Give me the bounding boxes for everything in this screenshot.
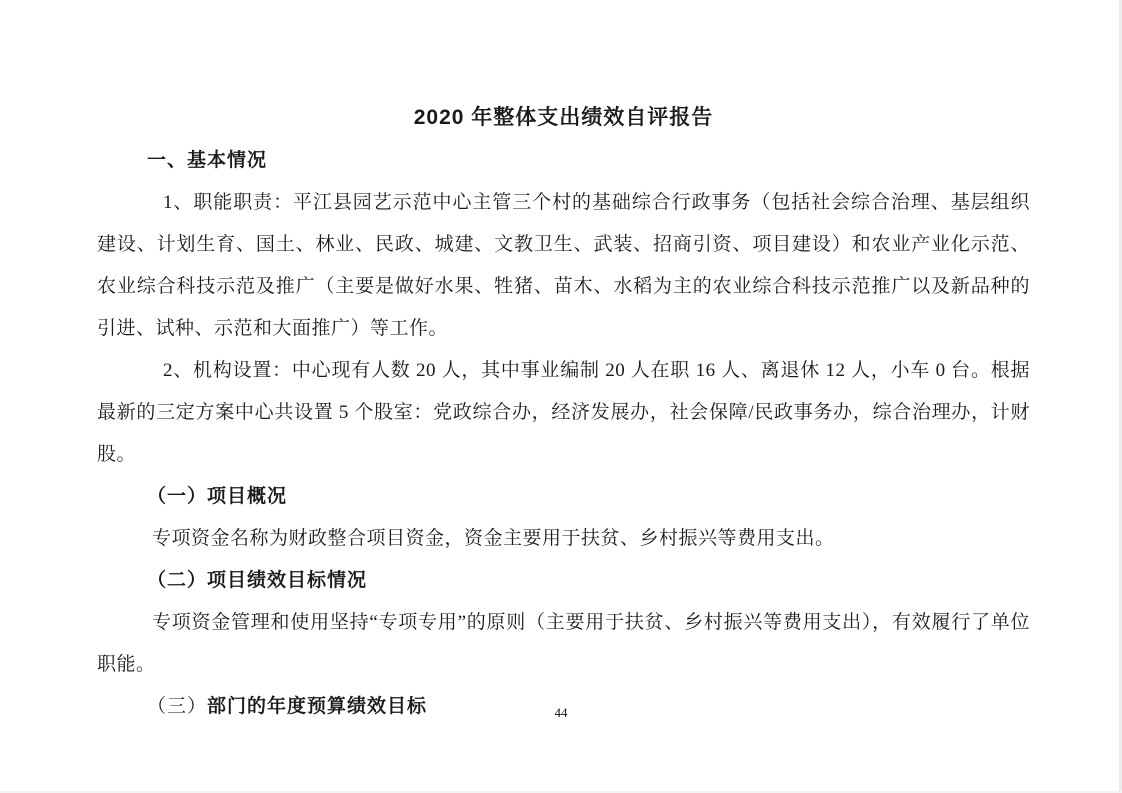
document-body: 2020 年整体支出绩效自评报告 一、基本情况 1、职能职责：平江县园艺示范中心… bbox=[97, 96, 1030, 728]
subsection-heading-performance-targets: （二）项目绩效目标情况 bbox=[97, 560, 1030, 602]
section-heading-basic-info: 一、基本情况 bbox=[97, 140, 1030, 182]
paragraph-fund-management: 专项资金管理和使用坚持“专项专用”的原则（主要用于扶贫、乡村振兴等费用支出），有… bbox=[97, 602, 1030, 686]
subsection-heading-project-overview: （一）项目概况 bbox=[97, 476, 1030, 518]
page-number: 44 bbox=[0, 705, 1122, 721]
document-title: 2020 年整体支出绩效自评报告 bbox=[97, 96, 1030, 140]
paragraph-duties: 1、职能职责：平江县园艺示范中心主管三个村的基础综合行政事务（包括社会综合治理、… bbox=[97, 182, 1030, 350]
document-page: 2020 年整体支出绩效自评报告 一、基本情况 1、职能职责：平江县园艺示范中心… bbox=[0, 0, 1122, 793]
paragraph-fund-name: 专项资金名称为财政整合项目资金，资金主要用于扶贫、乡村振兴等费用支出。 bbox=[97, 518, 1030, 560]
paragraph-org-setup: 2、机构设置：中心现有人数 20 人，其中事业编制 20 人在职 16 人、离退… bbox=[97, 350, 1030, 476]
